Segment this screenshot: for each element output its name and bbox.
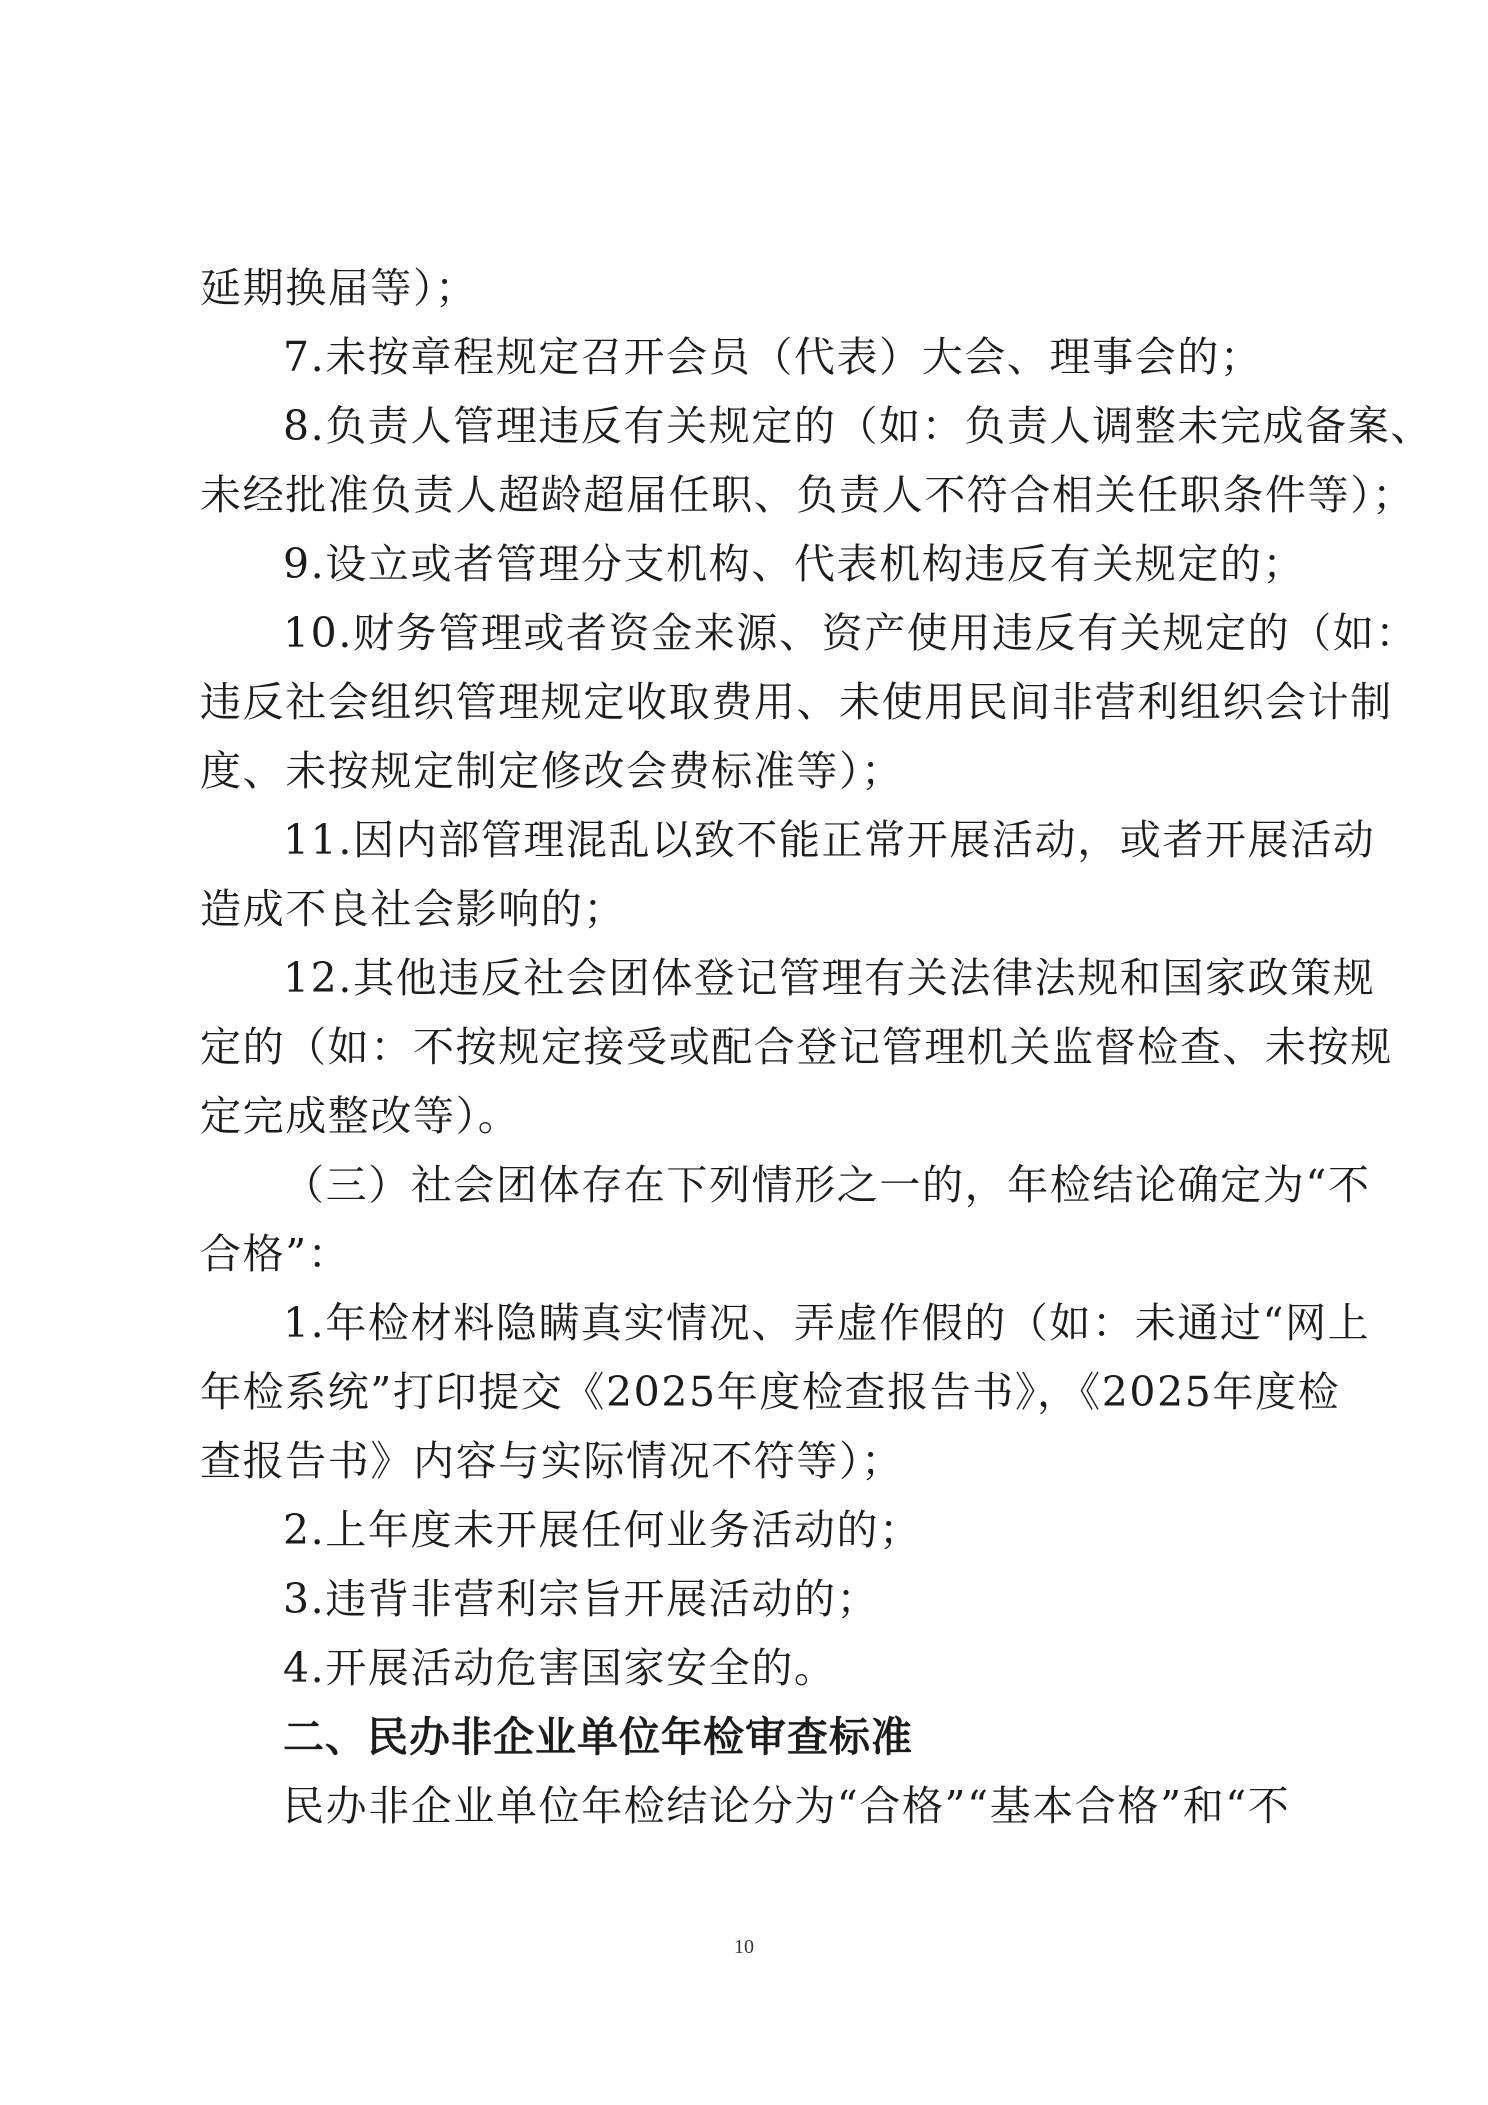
text-line: 延期换届等）； bbox=[200, 258, 1290, 318]
list-item-7: 7.未按章程规定召开会员（代表）大会、理事会的； bbox=[283, 327, 1290, 387]
list-item-4: 4.开展活动危害国家安全的。 bbox=[283, 1638, 1290, 1698]
text-line: 造成不良社会影响的； bbox=[200, 879, 1290, 939]
text-line: 度、未按规定制定修改会费标准等）； bbox=[200, 741, 1290, 801]
text-line: 违反社会组织管理规定收取费用、未使用民间非营利组织会计制 bbox=[200, 672, 1290, 732]
list-item-10: 10.财务管理或者资金来源、资产使用违反有关规定的（如： bbox=[283, 603, 1290, 663]
list-item-2: 2.上年度未开展任何业务活动的； bbox=[283, 1500, 1290, 1560]
list-item-1: 1.年检材料隐瞒真实情况、弄虚作假的（如：未通过“网上 bbox=[283, 1293, 1290, 1353]
text-line: 定的（如：不按规定接受或配合登记管理机关监督检查、未按规 bbox=[200, 1017, 1290, 1077]
list-item-12: 12.其他违反社会团体登记管理有关法律法规和国家政策规 bbox=[283, 948, 1290, 1008]
text-line: 定完成整改等）。 bbox=[200, 1086, 1290, 1146]
text-line: 合格”： bbox=[200, 1224, 1290, 1284]
page-number: 10 bbox=[704, 1936, 784, 1959]
list-item-3: 3.违背非营利宗旨开展活动的； bbox=[283, 1569, 1290, 1629]
list-item-8: 8.负责人管理违反有关规定的（如：负责人调整未完成备案、 bbox=[283, 396, 1290, 456]
section-intro-line: 民办非企业单位年检结论分为“合格”“基本合格”和“不 bbox=[283, 1776, 1290, 1836]
document-page: 延期换届等）； 7.未按章程规定召开会员（代表）大会、理事会的； 8.负责人管理… bbox=[0, 0, 1488, 2105]
list-item-11: 11.因内部管理混乱以致不能正常开展活动，或者开展活动 bbox=[283, 810, 1290, 870]
section-heading: 二、民办非企业单位年检审查标准 bbox=[283, 1707, 1290, 1767]
text-line: 未经批准负责人超龄超届任职、负责人不符合相关任职条件等）； bbox=[200, 465, 1290, 525]
list-item-9: 9.设立或者管理分支机构、代表机构违反有关规定的； bbox=[283, 534, 1290, 594]
text-line: 年检系统”打印提交《2025年度检查报告书》，《2025年度检 bbox=[200, 1362, 1290, 1422]
subsection-3-intro: （三）社会团体存在下列情形之一的，年检结论确定为“不 bbox=[283, 1155, 1290, 1215]
text-line: 查报告书》内容与实际情况不符等）； bbox=[200, 1431, 1290, 1491]
